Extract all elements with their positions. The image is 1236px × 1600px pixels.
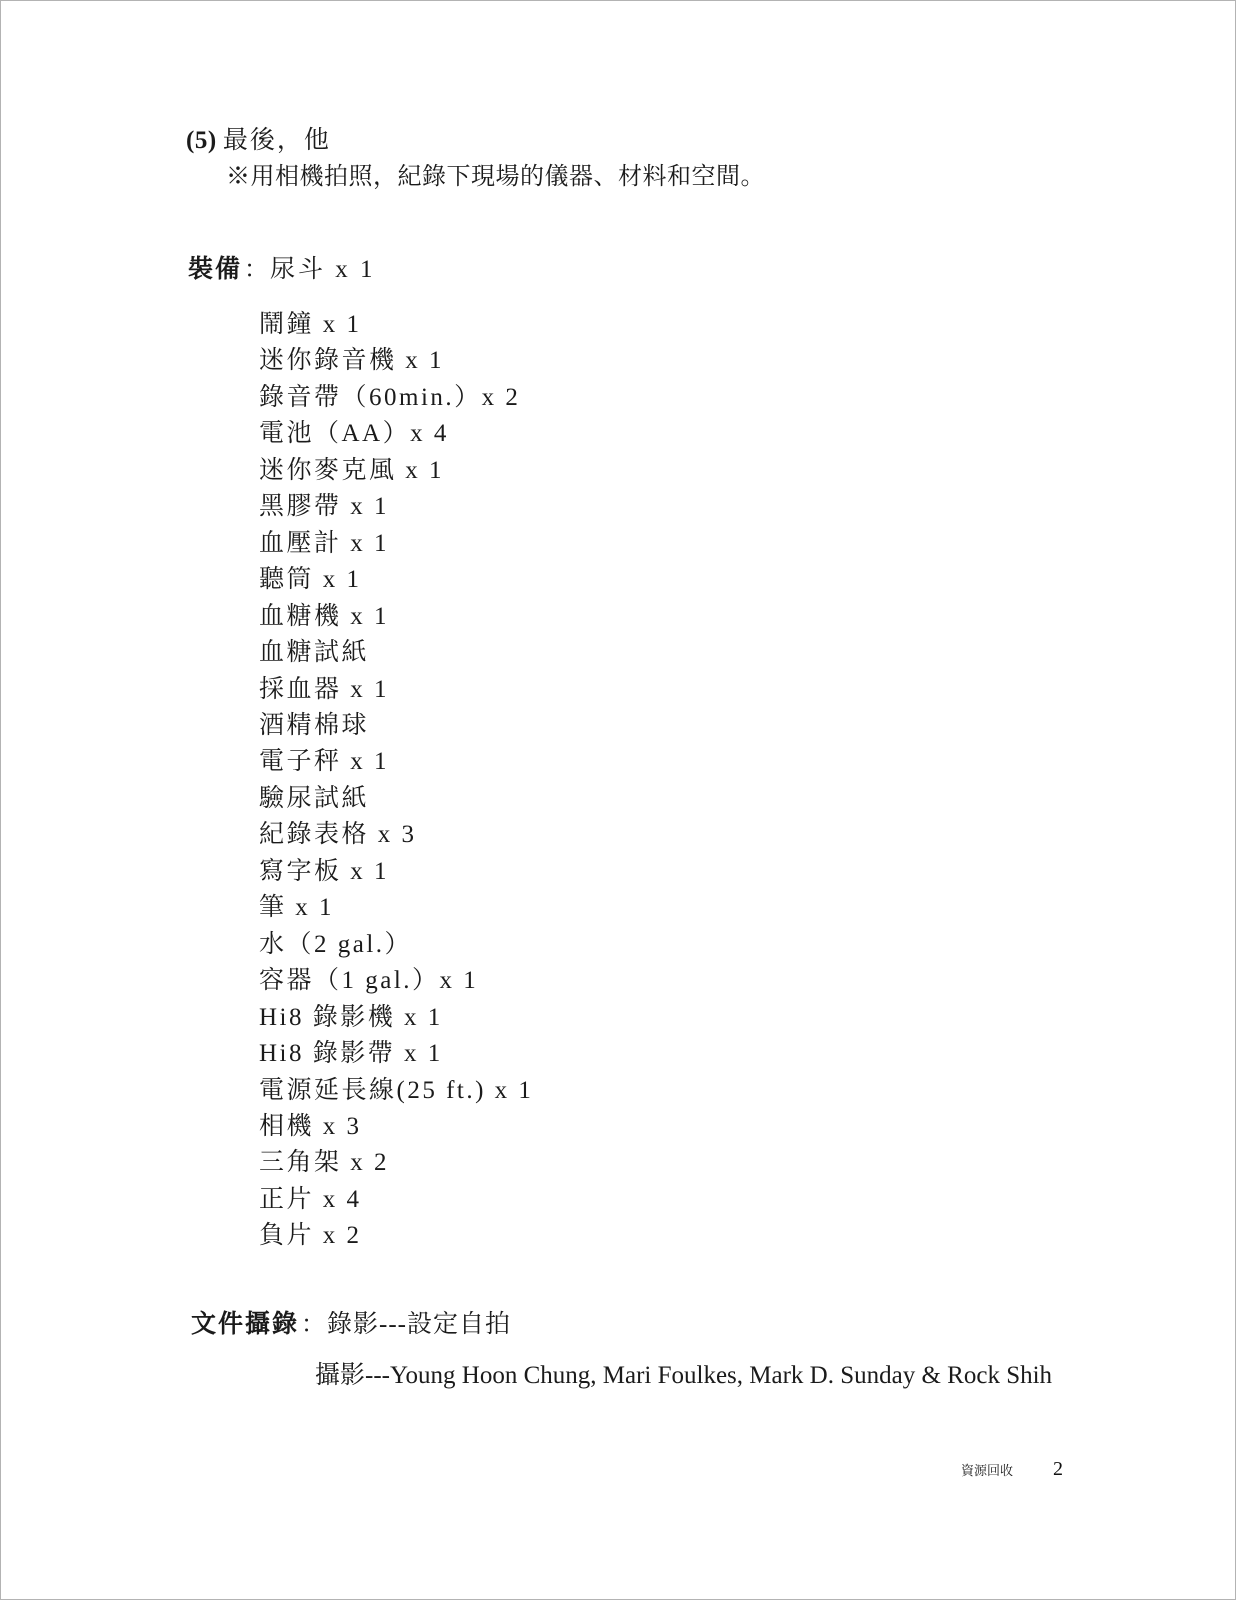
section-5: (5) 最後，他 ※用相機拍照，紀錄下現場的儀器、材料和空間。 (186, 123, 765, 196)
documentation-header-row: 文件攝錄：錄影---設定自拍 (191, 1306, 511, 1343)
footer-page-number: 2 (1053, 1456, 1063, 1482)
equipment-list-item: Hi8 錄影機 x 1 (259, 1000, 533, 1036)
equipment-list-item: 聽筒 x 1 (259, 562, 533, 598)
document-page: (5) 最後，他 ※用相機拍照，紀錄下現場的儀器、材料和空間。 裝備：尿斗 x … (0, 0, 1236, 1600)
documentation-label: 文件攝錄 (191, 1310, 299, 1338)
documentation-photo-line: 攝影---Young Hoon Chung, Mari Foulkes, Mar… (315, 1358, 1052, 1394)
documentation-video-line: 錄影---設定自拍 (327, 1311, 511, 1338)
equipment-list-item: 驗尿試紙 (259, 781, 533, 817)
equipment-list-item: 黑膠帶 x 1 (259, 489, 533, 525)
equipment-list-item: 電池（AA）x 4 (259, 416, 533, 452)
equipment-list-item: 錄音帶（60min.）x 2 (259, 380, 533, 416)
section-text: 最後，他 (223, 127, 331, 154)
documentation-colon: ： (299, 1312, 327, 1338)
equipment-list-item: 三角架 x 2 (259, 1145, 533, 1181)
equipment-list-item: 負片 x 2 (259, 1218, 533, 1254)
equipment-first-item: 尿斗 x 1 (270, 256, 376, 283)
equipment-list-item: Hi8 錄影帶 x 1 (259, 1036, 533, 1072)
section-note: ※用相機拍照，紀錄下現場的儀器、材料和空間。 (226, 159, 765, 196)
equipment-list-item: 寫字板 x 1 (259, 854, 533, 890)
equipment-list-item: 容器（1 gal.）x 1 (259, 963, 533, 999)
equipment-list-item: 血糖試紙 (259, 635, 533, 671)
equipment-list-item: 正片 x 4 (259, 1182, 533, 1218)
equipment-list: 鬧鐘 x 1 迷你錄音機 x 1 錄音帶（60min.）x 2 電池（AA）x … (259, 307, 533, 1255)
section-5-heading: (5) 最後，他 (186, 123, 765, 159)
equipment-list-item: 水（2 gal.） (259, 927, 533, 963)
equipment-list-item: 血糖機 x 1 (259, 599, 533, 635)
equipment-list-item: 鬧鐘 x 1 (259, 307, 533, 343)
footer-title: 資源回收 (961, 1458, 1013, 1484)
page-footer: 資源回收 2 (961, 1456, 1063, 1484)
equipment-list-item: 電子秤 x 1 (259, 744, 533, 780)
equipment-list-item: 電源延長線(25 ft.) x 1 (259, 1073, 533, 1109)
equipment-list-item: 血壓計 x 1 (259, 526, 533, 562)
equipment-list-item: 紀錄表格 x 3 (259, 817, 533, 853)
equipment-list-item: 迷你麥克風 x 1 (259, 453, 533, 489)
equipment-label: 裝備 (188, 255, 242, 283)
equipment-header-row: 裝備：尿斗 x 1 (188, 251, 376, 288)
equipment-list-item: 迷你錄音機 x 1 (259, 343, 533, 379)
section-number: (5) (186, 127, 217, 154)
equipment-list-item: 相機 x 3 (259, 1109, 533, 1145)
equipment-list-item: 酒精棉球 (259, 708, 533, 744)
equipment-list-item: 筆 x 1 (259, 890, 533, 926)
equipment-colon: ： (242, 257, 270, 283)
equipment-list-item: 採血器 x 1 (259, 672, 533, 708)
